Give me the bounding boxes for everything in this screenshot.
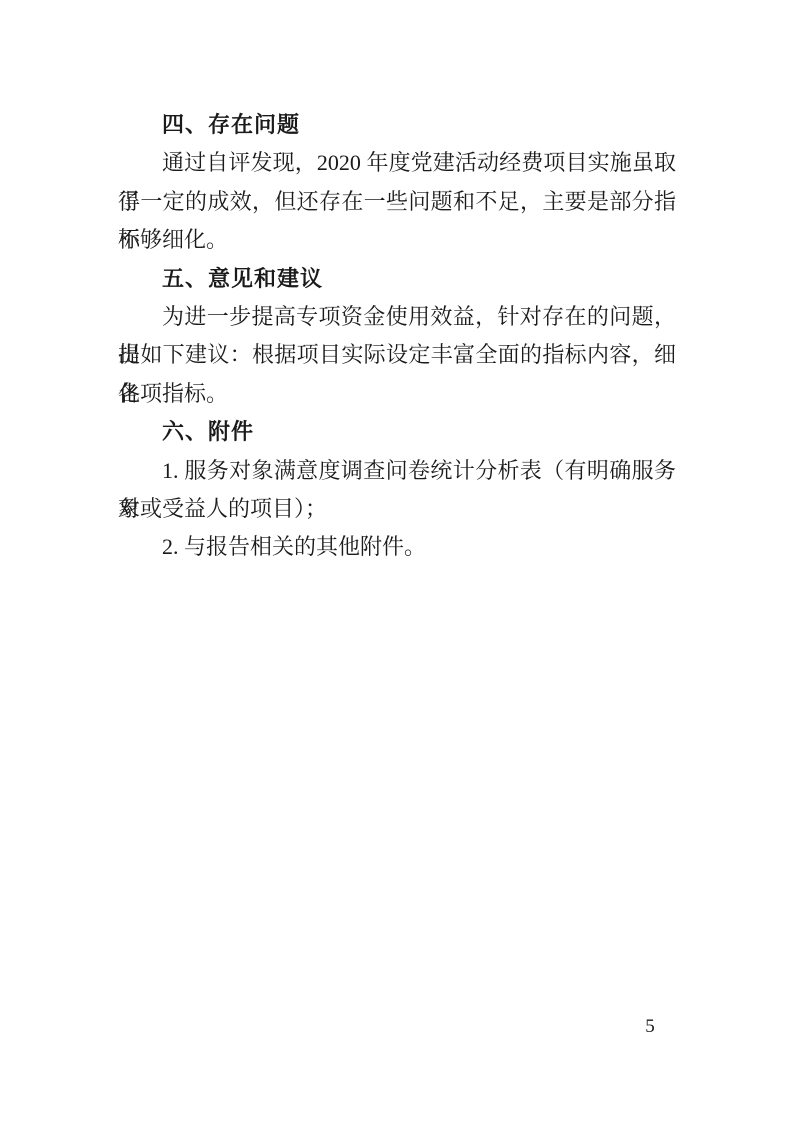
section-heading-attachments: 六、附件 — [118, 413, 676, 451]
paragraph-line: 了一定的成效，但还存在一些问题和不足，主要是部分指标 — [118, 183, 676, 221]
page-number: 5 — [638, 1016, 662, 1038]
document-page: 四、存在问题 通过自评发现，2020 年度党建活动经费项目实施虽取得 了一定的成… — [0, 0, 793, 1122]
section-heading-suggestions: 五、意见和建议 — [118, 260, 676, 298]
attachment-item-line: 1. 服务对象满意度调查问卷统计分析表（有明确服务对 — [118, 452, 676, 490]
paragraph-line: 出如下建议：根据项目实际设定丰富全面的指标内容，细化 — [118, 336, 676, 374]
paragraph-line: 不够细化。 — [118, 221, 676, 259]
paragraph-line: 为进一步提高专项资金使用效益，针对存在的问题，提 — [118, 298, 676, 336]
section-heading-problems: 四、存在问题 — [118, 106, 676, 144]
attachment-item-line: 2. 与报告相关的其他附件。 — [118, 528, 676, 566]
attachment-item-line: 象或受益人的项目）； — [118, 490, 676, 528]
document-body: 四、存在问题 通过自评发现，2020 年度党建活动经费项目实施虽取得 了一定的成… — [118, 106, 676, 567]
paragraph-line: 通过自评发现，2020 年度党建活动经费项目实施虽取得 — [118, 144, 676, 182]
paragraph-line: 各项指标。 — [118, 375, 676, 413]
